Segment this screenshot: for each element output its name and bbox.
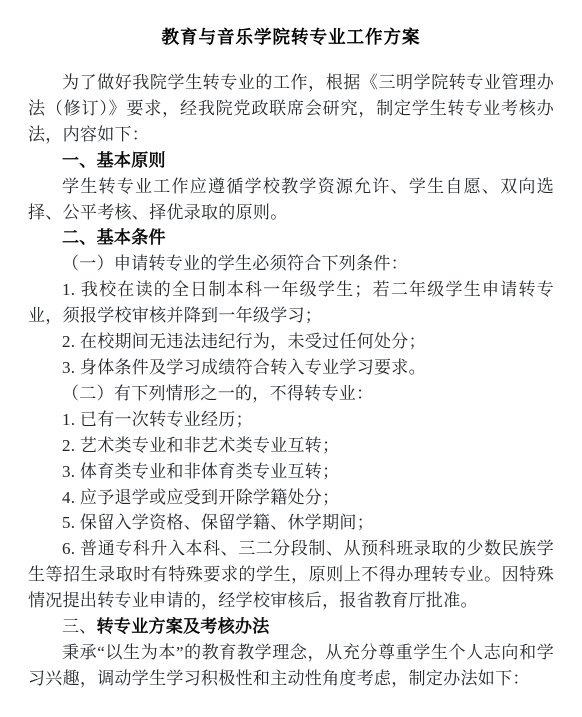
heading-number: 二、 <box>62 228 97 247</box>
section-heading: 三、转专业方案及考核办法 <box>28 614 554 640</box>
paragraph: （一）申请转专业的学生必须符合下列条件： <box>28 251 554 277</box>
section-heading: 一、基本原则 <box>28 148 554 174</box>
paragraph: 5. 保留入学资格、保留学籍、休学期间； <box>28 510 554 536</box>
paragraph: 1. 我校在读的全日制本科一年级学生；若二年级学生申请转专业，须报学校审核并降到… <box>28 277 554 329</box>
heading-text: 基本条件 <box>97 228 166 247</box>
heading-number: 一、 <box>62 151 97 170</box>
paragraph: 2. 艺术类专业和非艺术类专业互转； <box>28 433 554 459</box>
paragraph: 学生转专业工作应遵循学校教学资源允许、学生自愿、双向选择、公平考核、择优录取的原… <box>28 174 554 226</box>
paragraph: 4. 应予退学或应受到开除学籍处分； <box>28 485 554 511</box>
document-body: 为了做好我院学生转专业的工作，根据《三明学院转专业管理办法（修订）》要求，经我院… <box>28 70 554 692</box>
paragraph: 3. 体育类专业和非体育类专业互转； <box>28 459 554 485</box>
paragraph: 秉承“以生为本”的教育教学理念，从充分尊重学生个人志向和学习兴趣，调动学生学习积… <box>28 640 554 692</box>
paragraph: 为了做好我院学生转专业的工作，根据《三明学院转专业管理办法（修订）》要求，经我院… <box>28 70 554 148</box>
heading-text: 基本原则 <box>97 151 166 170</box>
heading-text: 转专业方案及考核办法 <box>97 617 270 636</box>
heading-number: 三、 <box>62 617 97 636</box>
paragraph: （二）有下列情形之一的，不得转专业： <box>28 381 554 407</box>
document-title: 教育与音乐学院转专业工作方案 <box>28 24 554 50</box>
section-heading: 二、基本条件 <box>28 225 554 251</box>
paragraph: 6. 普通专科升入本科、三二分段制、从预科班录取的少数民族学生等招生录取时有特殊… <box>28 536 554 614</box>
paragraph: 3. 身体条件及学习成绩符合转入专业学习要求。 <box>28 355 554 381</box>
document-page: 教育与音乐学院转专业工作方案 为了做好我院学生转专业的工作，根据《三明学院转专业… <box>0 0 582 717</box>
paragraph: 2. 在校期间无违法违纪行为，未受过任何处分； <box>28 329 554 355</box>
paragraph: 1. 已有一次转专业经历； <box>28 407 554 433</box>
